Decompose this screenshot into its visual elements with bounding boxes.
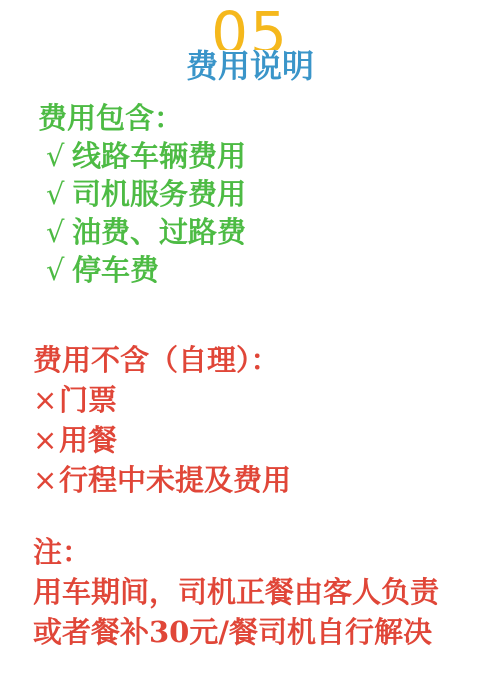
page-title: 费用说明 [0,46,500,86]
check-icon: √ [46,175,72,213]
excluded-section: 费用不含（自理）： ×门票 ×用餐 ×行程中未提及费用 [33,340,291,500]
included-item: √油费、过路费 [38,213,246,251]
cross-icon: × [33,420,59,460]
check-icon: √ [46,213,72,251]
section-number-text: 05 [211,4,289,50]
check-icon: √ [46,137,72,175]
cross-icon: × [33,380,59,420]
cross-icon: × [33,460,59,500]
included-heading: 费用包含： [38,99,246,137]
check-icon: √ [46,251,72,289]
section-number: 05 [0,4,500,50]
included-item-label: 司机服务费用 [72,177,246,211]
included-item-label: 油费、过路费 [72,215,246,249]
excluded-heading: 费用不含（自理）： [33,340,291,380]
included-item: √司机服务费用 [38,175,246,213]
included-item-label: 线路车辆费用 [72,139,246,173]
included-section: 费用包含： √线路车辆费用 √司机服务费用 √油费、过路费 √停车费 [38,99,246,289]
included-item: √线路车辆费用 [38,137,246,175]
note-section: 注： 用车期间，司机正餐由客人负责 或者餐补30元/餐司机自行解决 [33,532,439,652]
note-heading: 注： [33,532,439,572]
excluded-item-label: 门票 [59,383,117,417]
excluded-item: ×行程中未提及费用 [33,460,291,500]
excluded-item-label: 用餐 [59,423,117,457]
excluded-item: ×用餐 [33,420,291,460]
included-item: √停车费 [38,251,246,289]
excluded-item: ×门票 [33,380,291,420]
included-item-label: 停车费 [72,253,159,287]
note-line: 用车期间，司机正餐由客人负责 [33,572,439,612]
note-line: 或者餐补30元/餐司机自行解决 [33,612,439,652]
excluded-item-label: 行程中未提及费用 [59,463,291,497]
